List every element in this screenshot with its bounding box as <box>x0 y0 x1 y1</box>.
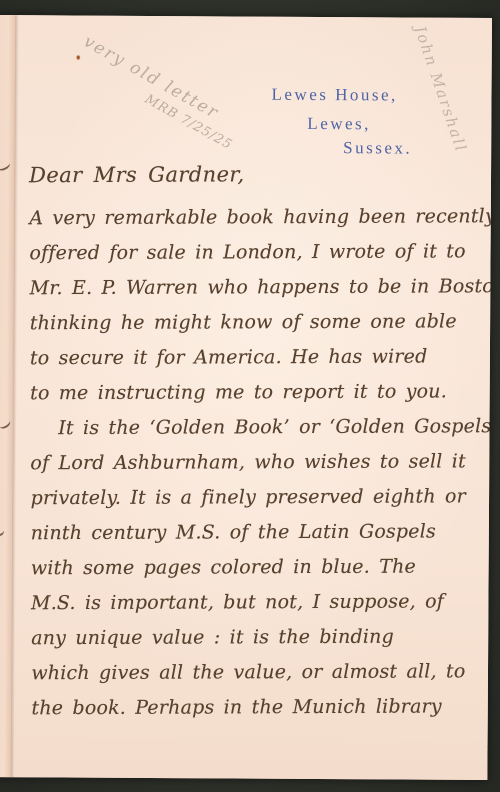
letter-greeting: Dear Mrs Gardner, <box>29 161 481 207</box>
handwriting-line: privately. It is a finely preserved eigh… <box>31 485 483 522</box>
handwriting-line: thinking he might know of some one able <box>30 310 482 347</box>
handwriting-line: M.S. is important, but not, I suppose, o… <box>31 590 483 627</box>
handwriting-line: of Lord Ashburnham, who wishes to sell i… <box>30 450 482 487</box>
scanned-letter-photo: { "scene": { "background_color": "#2f312… <box>0 0 500 792</box>
handwriting-line: with some pages colored in blue. The <box>31 555 483 592</box>
handwriting-line: A very remarkable book having been recen… <box>29 205 481 242</box>
letterhead-house-line: Lewes House, <box>271 85 397 106</box>
letterhead-county-line: Sussex. <box>343 138 412 158</box>
letter-paper-sheet: very old letter MRB 7/25/25 John Marshal… <box>0 15 492 780</box>
handwriting-line: offered for sale in London, I wrote of i… <box>29 240 481 277</box>
handwriting-line: the book. Perhaps in the Munich library <box>31 695 483 732</box>
handwriting-line: to me instructing me to report it to you… <box>30 380 482 417</box>
foxing-speck <box>77 56 80 60</box>
letterhead-town-line: Lewes, <box>307 114 371 134</box>
handwritten-letter-body: Dear Mrs Gardner, A very remarkable book… <box>29 161 483 732</box>
handwriting-line: Mr. E. P. Warren who happens to be in Bo… <box>30 275 482 312</box>
handwriting-line: any unique value : it is the binding <box>31 625 483 662</box>
handwriting-line: which gives all the value, or almost all… <box>31 660 483 697</box>
handwriting-line: to secure it for America. He has wired <box>30 345 482 382</box>
pencil-note-author-name: John Marshall <box>411 24 470 155</box>
handwriting-line: It is the ‘Golden Book’ or ‘Golden Gospe… <box>30 415 482 452</box>
handwriting-line: ninth century M.S. of the Latin Gospels <box>31 520 483 557</box>
